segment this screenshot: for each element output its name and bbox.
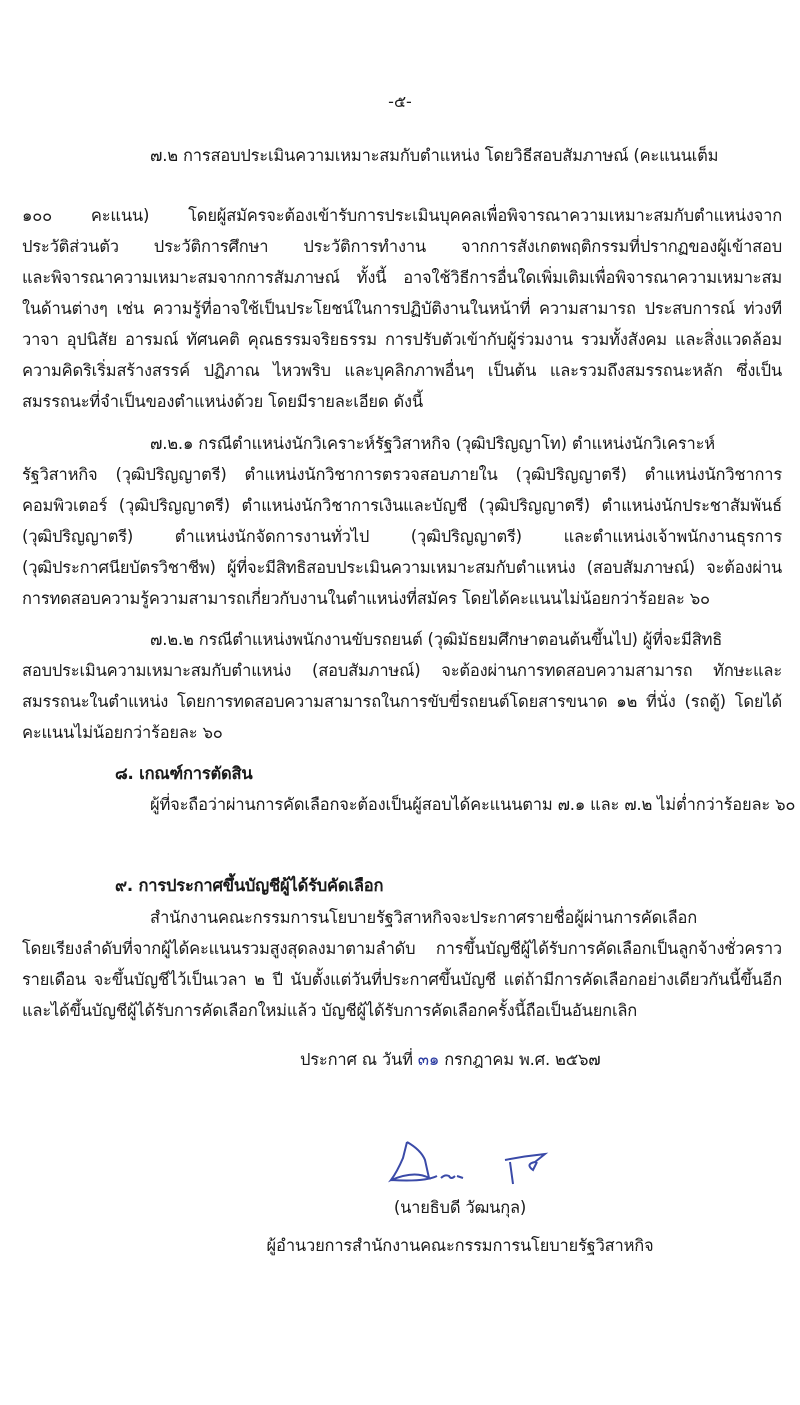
paragraph-line: ๗.๒.๑ กรณีตำแหน่งนักวิเคราะห์รัฐวิสาหกิจ…: [150, 434, 782, 454]
paragraph-line: สมรรถนะในตำแหน่ง โดยการทดสอบความสามารถใน…: [22, 692, 782, 712]
paragraph-line: รายเดือน จะขึ้นบัญชีไว้เป็นเวลา ๒ ปี นับ…: [22, 970, 782, 990]
announcement-day: ๓๑: [418, 1050, 439, 1069]
paragraph-line: ๗.๒.๒ กรณีตำแหน่งพนักงานขับรถยนต์ (วุฒิม…: [150, 630, 782, 650]
paragraph-line: โดยเรียงลำดับที่จากผู้ได้คะแนนรวมสูงสุดล…: [22, 939, 782, 959]
signatory-title: ผู้อำนวยการสำนักงานคณะกรรมการนโยบายรัฐวิ…: [230, 1236, 690, 1256]
announcement-date: ประกาศ ณ วันที่ ๓๑ กรกฎาคม พ.ศ. ๒๕๖๗: [300, 1050, 720, 1070]
signatory-name: (นายธิบดี วัฒนกุล): [320, 1198, 600, 1218]
paragraph-line: ในด้านต่างๆ เช่น ความรู้ที่อาจใช้เป็นประ…: [22, 299, 782, 319]
signature-image: [385, 1140, 565, 1190]
paragraph-line: สมรรถนะที่จำเป็นของตำแหน่งด้วย โดยมีรายล…: [22, 392, 782, 412]
paragraph-line: สำนักงานคณะกรรมการนโยบายรัฐวิสาหกิจจะประ…: [150, 908, 782, 928]
page-number: -๕-: [0, 90, 800, 115]
paragraph-line: (วุฒิประกาศนียบัตรวิชาชีพ) ผู้ที่จะมีสิท…: [22, 558, 782, 578]
paragraph-line: ความคิดริเริ่มสร้างสรรค์ ปฏิภาณ ไหวพริบ …: [22, 361, 782, 381]
announcement-suffix: กรกฎาคม พ.ศ. ๒๕๖๗: [439, 1050, 600, 1069]
paragraph-line: คอมพิวเตอร์ (วุฒิปริญญาตรี) ตำแหน่งนักวิ…: [22, 496, 782, 516]
paragraph-line: ๗.๒ การสอบประเมินความเหมาะสมกับตำแหน่ง โ…: [150, 146, 782, 166]
paragraph-line: สอบประเมินความเหมาะสมกับตำแหน่ง (สอบสัมภ…: [22, 661, 782, 681]
paragraph-line: คะแนนไม่น้อยกว่าร้อยละ ๖๐: [22, 723, 782, 743]
announcement-prefix: ประกาศ ณ วันที่: [300, 1050, 418, 1069]
paragraph-line: การทดสอบความรู้ความสามารถเกี่ยวกับงานในต…: [22, 589, 782, 609]
section-heading: ๘. เกณฑ์การตัดสิน: [115, 764, 782, 784]
paragraph-line: รัฐวิสาหกิจ (วุฒิปริญญาตรี) ตำแหน่งนักวิ…: [22, 465, 782, 485]
paragraph-line: ๑๐๐ คะแนน) โดยผู้สมัครจะต้องเข้ารับการปร…: [22, 206, 782, 226]
paragraph-line: และได้ขึ้นบัญชีผู้ได้รับการคัดเลือกใหม่แ…: [22, 1001, 782, 1021]
paragraph-line: และพิจารณาความเหมาะสมจากการสัมภาษณ์ ทั้ง…: [22, 268, 782, 288]
paragraph-line: ประวัติส่วนตัว ประวัติการศึกษา ประวัติกา…: [22, 237, 782, 257]
paragraph-line: วาจา อุปนิสัย อารมณ์ ทัศนคติ คุณธรรมจริย…: [22, 330, 782, 350]
section-heading: ๙. การประกาศขึ้นบัญชีผู้ได้รับคัดเลือก: [115, 876, 782, 896]
paragraph-line: ผู้ที่จะถือว่าผ่านการคัดเลือกจะต้องเป็นผ…: [150, 795, 782, 815]
paragraph-line: (วุฒิปริญญาตรี) ตำแหน่งนักจัดการงานทั่วไ…: [22, 527, 782, 547]
